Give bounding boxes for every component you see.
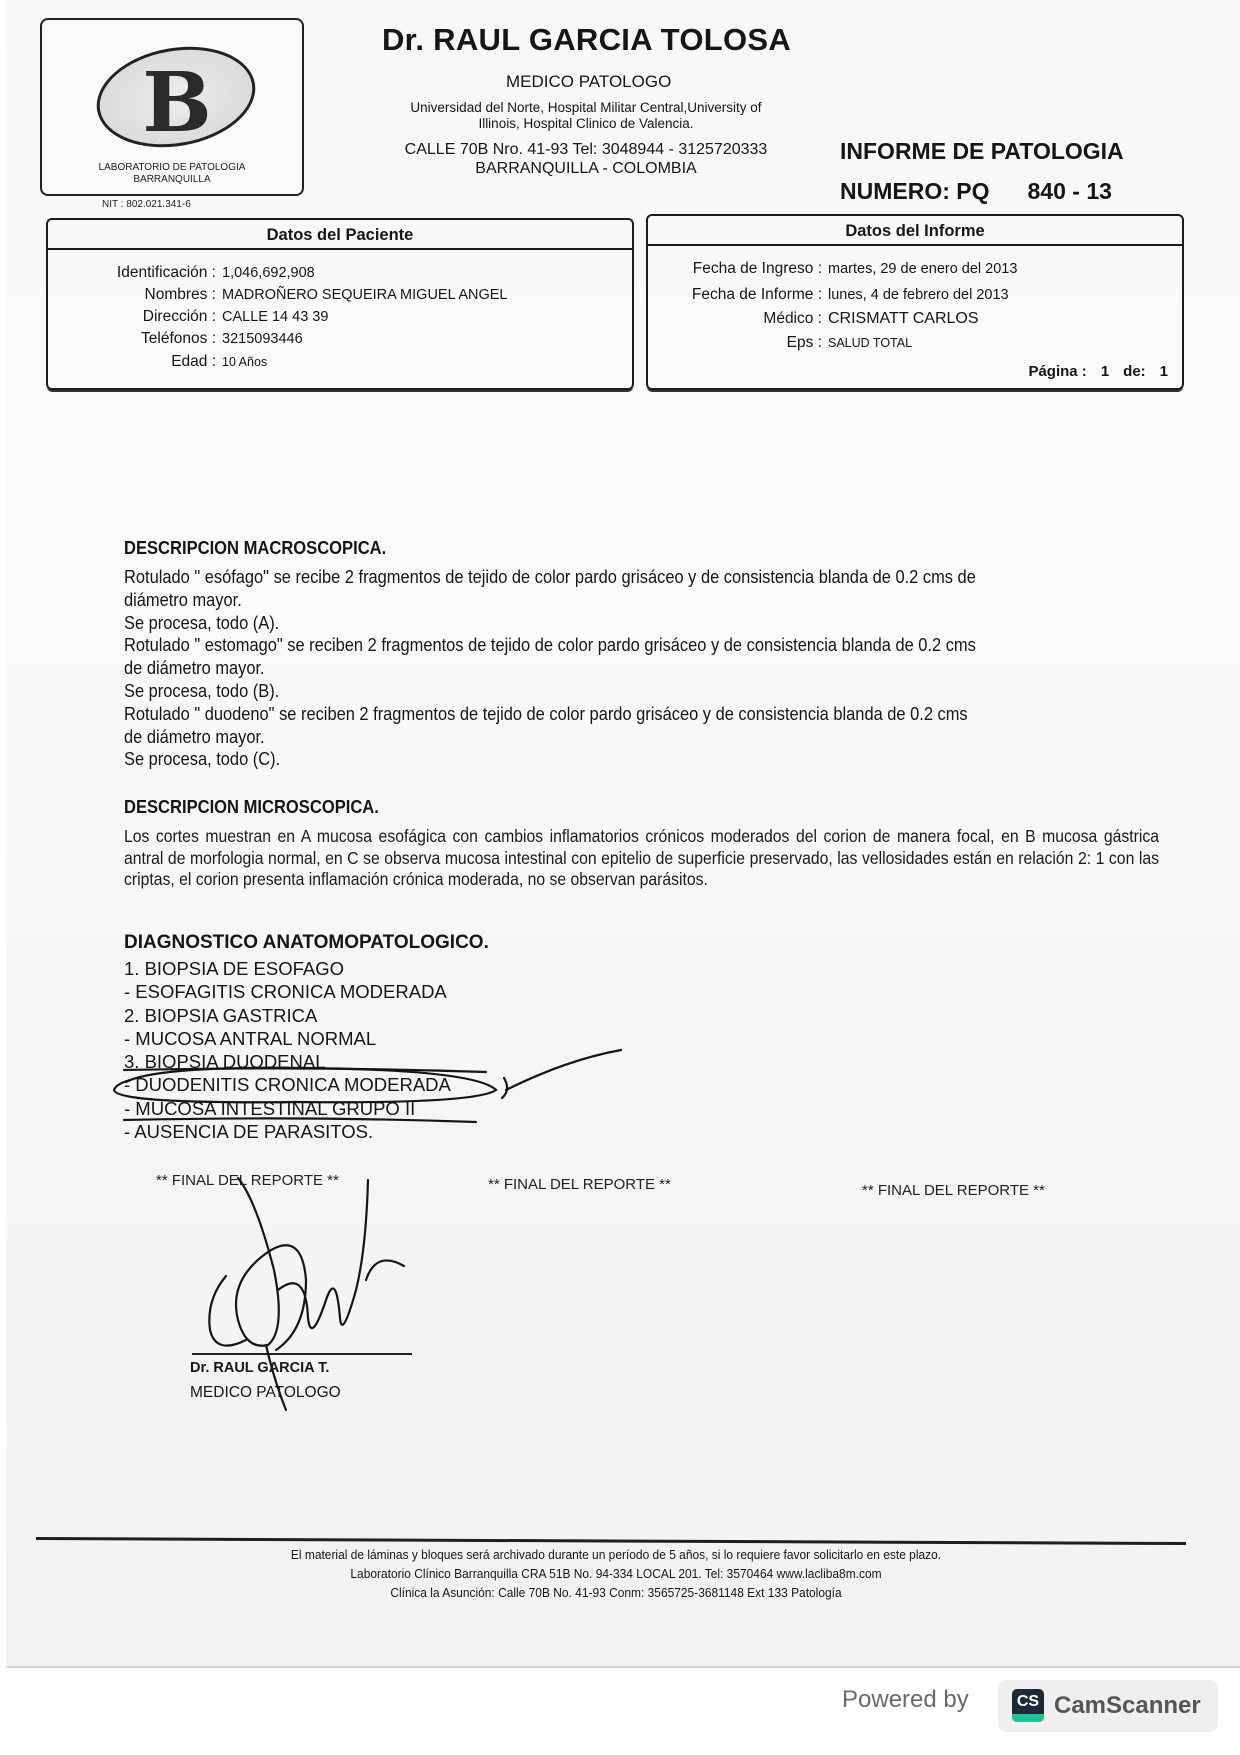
report-number-label: NUMERO: PQ [840,178,990,204]
field-label: Nombres : [68,286,216,304]
address-line: CALLE 70B Nro. 41-93 Tel: 3048944 - 3125… [376,140,796,159]
diagnosis-title: DIAGNOSTICO ANATOMOPATOLOGICO. [124,932,489,954]
field-label: Dirección : [68,308,216,326]
macroscopic-line: Rotulado " duodeno" se reciben 2 fragmen… [124,703,1119,726]
affiliations-line1: Universidad del Norte, Hospital Militar … [376,100,796,116]
diagnosis-list: 1. BIOPSIA DE ESOFAGO- ESOFAGITIS CRONIC… [124,957,451,1143]
report-field-report-date: Fecha de Informe :lunes, 4 de febrero de… [658,286,1009,304]
city-line: BARRANQUILLA - COLOMBIA [376,159,796,178]
lab-nit: NIT : 802.021.341-6 [102,199,191,210]
report-number: NUMERO: PQ840 - 13 [840,178,1112,205]
field-label: Identificación : [68,264,216,282]
doctor-affiliations: Universidad del Norte, Hospital Militar … [376,100,796,132]
macroscopic-line: diámetro mayor. [124,589,1119,612]
camscanner-badge[interactable]: CS CamScanner [998,1680,1218,1732]
field-value: martes, 29 de enero del 2013 [828,261,1017,277]
doctor-specialty: MEDICO PATOLOGO [506,72,671,92]
footer-line3: Clínica la Asunción: Calle 70B No. 41-93… [220,1583,1011,1602]
diagnosis-item: - MUCOSA ANTRAL NORMAL [124,1027,451,1050]
field-value: SALUD TOTAL [828,336,912,350]
signature-role: MEDICO PATOLOGO [190,1384,341,1402]
patient-field-age: Edad :10 Años [68,353,267,371]
logo-letter: B [100,55,254,151]
macroscopic-title: DESCRIPCION MACROSCOPICA. [124,538,386,559]
diagnosis-item: 3. BIOPSIA DUODENAL [124,1050,451,1073]
field-label: Médico : [658,310,822,328]
footer-line1: El material de láminas y bloques será ar… [220,1545,1011,1564]
field-label: Teléfonos : [68,330,216,348]
patient-field-phone: Teléfonos :3215093446 [68,330,303,348]
field-value: MADROÑERO SEQUEIRA MIGUEL ANGEL [222,287,508,303]
field-label: Fecha de Ingreso : [658,260,822,278]
report-field-eps: Eps :SALUD TOTAL [658,334,912,352]
page-indicator: Página :1de:1 [1028,363,1168,380]
camscanner-brand: CamScanner [1054,1692,1201,1720]
page-current: 1 [1101,363,1109,380]
diagnosis-item: - AUSENCIA DE PARASITOS. [124,1120,451,1143]
macroscopic-line: Rotulado " estomago" se reciben 2 fragme… [124,634,1119,657]
patient-field-address: Dirección :CALLE 14 43 39 [68,308,328,326]
affiliations-line2: Illinois, Hospital Clinico de Valencia. [376,116,796,132]
field-label: Eps : [658,334,822,352]
macroscopic-description: Rotulado " esófago" se recibe 2 fragment… [124,566,1119,771]
signature-name: Dr. RAUL GARCIA T. [190,1360,329,1376]
patient-field-id: Identificación :1,046,692,908 [68,264,315,282]
report-title: INFORME DE PATOLOGIA [840,138,1124,165]
arrow-annotation [502,1050,621,1098]
footer-notes: El material de láminas y bloques será ar… [220,1545,1011,1602]
end-of-report-marker: ** FINAL DEL REPORTE ** [156,1172,339,1189]
macroscopic-line: Se procesa, todo (B). [124,680,1119,703]
macroscopic-line: Se procesa, todo (C). [124,748,1119,771]
macroscopic-line: de diámetro mayor. [124,726,1119,749]
patient-box-title: Datos del Paciente [48,220,632,250]
field-value: 10 Años [222,355,267,369]
report-field-physician: Médico :CRISMATT CARLOS [658,310,979,328]
powered-by-label: Powered by [842,1686,969,1714]
end-of-report-marker: ** FINAL DEL REPORTE ** [862,1182,1045,1199]
macroscopic-line: Se procesa, todo (A). [124,612,1119,635]
footer-divider [36,1537,1186,1545]
camscanner-icon-text: CS [1017,1693,1039,1710]
report-number-value: 840 - 13 [1028,178,1112,204]
diagnosis-item-highlighted: - DUODENITIS CRONICA MODERADA [124,1073,451,1096]
footer-line2: Laboratorio Clínico Barranquilla CRA 51B… [220,1564,1011,1583]
microscopic-title: DESCRIPCION MICROSCOPICA. [124,797,379,818]
patient-field-name: Nombres :MADROÑERO SEQUEIRA MIGUEL ANGEL [68,286,508,304]
lab-logo-box: B LABORATORIO DE PATOLOGIA BARRANQUILLA [40,18,304,196]
diagnosis-item: 1. BIOPSIA DE ESOFAGO [124,957,451,980]
microscopic-description: Los cortes muestran en A mucosa esofágic… [124,826,1159,891]
field-label: Fecha de Informe : [658,286,822,304]
field-value: lunes, 4 de febrero del 2013 [828,287,1009,303]
lab-name-line2: BARRANQUILLA [42,174,302,186]
report-field-admission-date: Fecha de Ingreso :martes, 29 de enero de… [658,260,1017,278]
diagnosis-item: 2. BIOPSIA GASTRICA [124,1004,451,1027]
lab-logo-icon: B [89,35,264,159]
diagnosis-item: - ESOFAGITIS CRONICA MODERADA [124,980,451,1003]
field-value: 1,046,692,908 [222,265,315,281]
report-data-box: Datos del Informe Fecha de Ingreso :mart… [646,214,1184,390]
page-label: Página : [1028,363,1086,380]
scanned-document: B LABORATORIO DE PATOLOGIA BARRANQUILLA … [6,0,1240,1668]
lab-name: LABORATORIO DE PATOLOGIA BARRANQUILLA [42,162,302,186]
patient-data-box: Datos del Paciente Identificación :1,046… [46,218,634,390]
field-label: Edad : [68,353,216,371]
macroscopic-line: Rotulado " esófago" se recibe 2 fragment… [124,566,1119,589]
end-of-report-marker: ** FINAL DEL REPORTE ** [488,1176,671,1193]
field-value: 3215093446 [222,331,303,347]
report-box-title: Datos del Informe [648,216,1182,246]
signature-line [192,1353,412,1355]
doctor-address: CALLE 70B Nro. 41-93 Tel: 3048944 - 3125… [376,140,796,178]
doctor-name: Dr. RAUL GARCIA TOLOSA [382,22,791,58]
diagnosis-item: - MUCOSA INTESTINAL GRUPO II [124,1097,451,1120]
macroscopic-line: de diámetro mayor. [124,657,1119,680]
lab-name-line1: LABORATORIO DE PATOLOGIA [42,162,302,174]
page-of-label: de: [1123,363,1146,380]
camscanner-logo-icon: CS [1012,1689,1044,1722]
field-value: CALLE 14 43 39 [222,309,328,325]
page-total: 1 [1160,363,1168,380]
field-value: CRISMATT CARLOS [828,310,979,327]
